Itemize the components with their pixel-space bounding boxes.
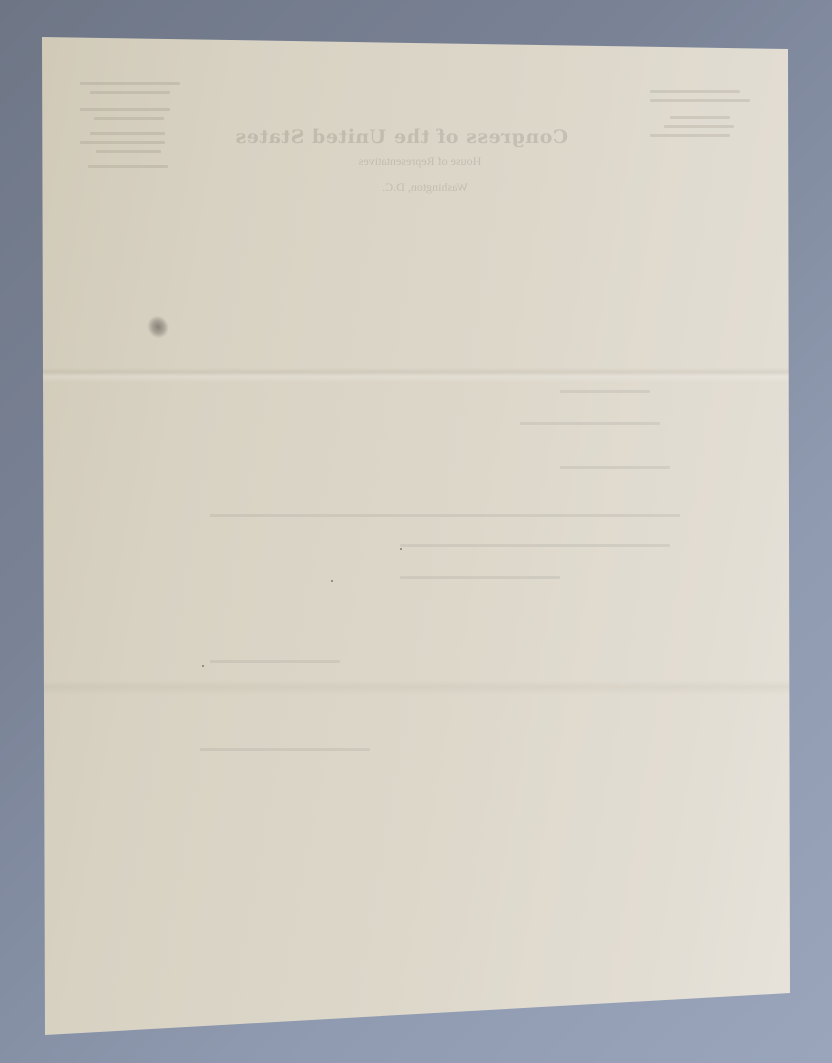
bleed-line [560,390,650,393]
speck [400,548,402,550]
letterhead-title: Congress of the United States [278,126,568,148]
right-roster-bleed [650,84,770,143]
bleed-line [210,514,680,517]
speck [331,580,333,582]
bleed-line [200,748,370,751]
letter-sheet: Congress of the United States House of R… [0,0,832,1063]
letterhead-city: Washington, D.C. [330,180,520,195]
left-roster-bleed [80,76,200,174]
bleed-line [520,422,660,425]
speck [202,665,204,667]
bleed-line [560,466,670,469]
letterhead-subtitle: House of Representatives [300,154,540,169]
bleed-line [400,544,670,547]
ink-stain [144,312,172,341]
bleed-line [210,660,340,663]
bleed-line [400,576,560,579]
